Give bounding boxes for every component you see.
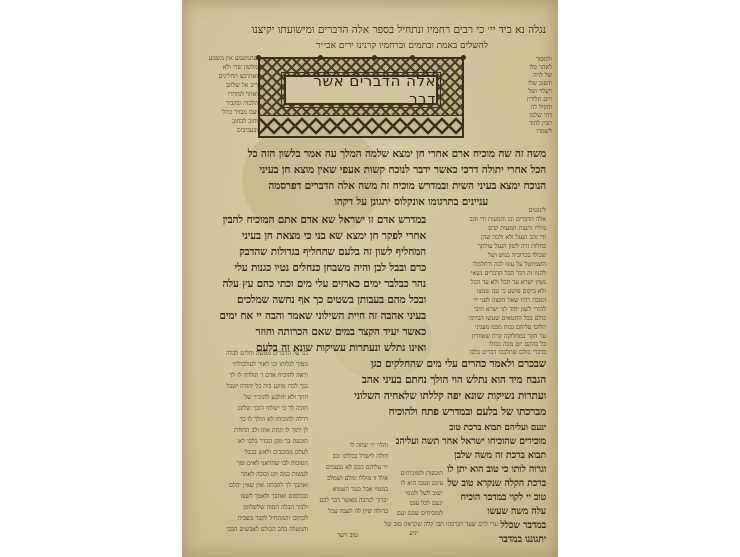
commentary-line: והמעלה בהכ הכולם לאבשים הבכי	[198, 526, 308, 533]
commentary-line: בחלות זרה לשון העגל עולתך	[426, 243, 546, 250]
margin-note-line: שהמשמע אין משמע	[198, 55, 258, 62]
commentary-line: ער הקר במחלוקה קרח שאחרון	[426, 333, 546, 340]
margin-note-line: לאהר כלו	[512, 64, 552, 71]
commentary-line: ובכלמום ואחבך ולאמך לשפו	[198, 493, 308, 500]
commentary-line: טוב וישר	[308, 532, 358, 539]
margin-note-line: ויעלוי ושל	[512, 88, 552, 95]
commentary-line: השמיוטל על עונו לכה ורחלמלו	[426, 261, 546, 268]
margin-note-line: מלשון שדי ולא	[198, 64, 258, 71]
commentary-line: בדולה שיון לה לעבה עבל	[308, 508, 388, 515]
main-text-line: שבכרם ולאמר כהרים עלי מים שהחלקים כגן	[316, 358, 546, 370]
manuscript-page: נגלה נא כיד יי׳ כי רבים רחמיו ונתחיל בספ…	[182, 0, 558, 557]
main-text-line: משה זה שה מוכיח ארם אחרי חן ימצא שלמה המ…	[201, 148, 546, 160]
main-text-line: עלה משה שעשו	[446, 506, 546, 517]
commentary-line: וראה להוכיח אדם ד תולדה לו לך	[198, 372, 308, 379]
margin-note-line: ועם מבזיר בתל	[198, 109, 258, 116]
main-text-line: במדרש אדם זו ישראל שא אדם אתם המוכיח להב…	[201, 214, 426, 226]
header-line-1: נגלה נא כיד יי׳ כי רבים רחמיו ונתחיל בספ…	[196, 24, 546, 36]
note-line: תוכפות ולמוכיחים	[393, 470, 443, 477]
commentary-line: חוזך ולא יחלבע להוכיר של	[198, 394, 308, 401]
margin-note-line: לשמרו	[512, 128, 552, 135]
note-line: למוכיחים שבם יעם	[393, 510, 443, 517]
margin-note-line: של לויה	[512, 72, 552, 79]
commentary-line: בממוי אבל כנגד הטמוא	[308, 486, 388, 493]
main-text-line: מברכתו של בלעם ובמדרש פתח ולהוכיח	[316, 406, 546, 418]
commentary-line: תוכה לך כי ישלוף הוכך שלום	[198, 405, 308, 412]
commentary-line: אלה הדברים וכו והמעות ודי זהב	[426, 216, 546, 223]
commentary-line: יוי עליהם כבם לא נבעמים	[308, 464, 388, 471]
main-text-line: יתגוננו במדבר	[446, 534, 546, 545]
main-text-line: כרם ובבל לבן והיה משבחן כנחלים נטיו כגנו…	[201, 262, 426, 274]
main-text-line: ובכל מהם בעבותן בשטים כך אף נחשה שמלכים	[201, 294, 426, 306]
main-text-line: כאשר יעיד הקצר במים שאם הכרותה וחוזר	[201, 326, 426, 338]
frame-ornament	[372, 55, 377, 60]
margin-note-line: ואהרבצ תחלינים	[198, 73, 258, 80]
commentary-line: מיליו ותעות המעות קדם	[426, 225, 546, 232]
margin-note-line: דחי שלמן	[512, 112, 552, 119]
main-text-line: הכל אחרי יתולה דרכי כאשר ידבר לנוכח קשות…	[201, 164, 546, 176]
commentary-line: רדלה להוכיחו לא הולך לו כך	[198, 416, 308, 423]
commentary-line: כולם בכל החטאים שעשו הביתה	[426, 315, 546, 322]
commentary-line: חולה לישרל בכללנו וכב	[308, 453, 388, 460]
commentary-line: תוכפת בך מקן הבדר בלבו לאו	[198, 438, 308, 445]
margin-note-line: ריב אל שלהב	[198, 82, 258, 89]
commentary-line: להורי לשון יחוד לני ישרא חיבי	[426, 306, 546, 313]
commentary-line: ולא ביקום פושע כי גנה שמצו	[426, 288, 546, 295]
commentary-line: המבה רהיו שאל הקצה לפני יוי	[426, 297, 546, 304]
commentary-line: ואהבך לך להבחה ואין שאין יהלם	[198, 482, 308, 489]
main-text-line: נהר כבלבר ימים כארזים עלי מים וכתי כהם ע…	[201, 278, 426, 290]
commentary-line: בדברי כולם שתלבכו דברים בלבו	[426, 349, 546, 356]
main-text-line: הגבח מיד הוא נתלש הוי הולך נחתם בעיני אה…	[316, 374, 546, 386]
frame-zigzag-band	[260, 115, 462, 136]
main-text-line: ינעם ועליהם תבוא ברכת טוב	[396, 422, 546, 433]
margin-note-line: ובעביבים	[198, 127, 258, 134]
commentary-line: נכך לכדו מוקע ביה כל יהודה ישבל	[198, 383, 308, 390]
note-line: ינעם לכל ענם	[393, 500, 443, 507]
commentary-line: והלוי יוי שחה לו	[308, 442, 388, 449]
main-text-line: בעיני אהבה זה חיית השילוני שאמר והבה יי …	[201, 310, 426, 322]
frame-ornament	[410, 55, 415, 60]
commentary-line: שכולו בכרוביה כגוש ושל	[426, 252, 546, 259]
commentary-line: ערי לרם שעד ויברכהו תבו קלה שקראה טוב של	[308, 521, 498, 528]
margin-note-line: והפוכ שלו	[512, 80, 552, 87]
main-text-line: תבוא ברכת זה משה שלבן	[396, 450, 546, 461]
main-text-line: אחרי לפקר חן ימצא שא בני כי מצאת חן בעינ…	[201, 230, 426, 242]
note-line: ישוב לשל ולנומי	[393, 490, 443, 497]
commentary-line: כל בהקם יזם מבה ככולו	[426, 341, 546, 348]
margin-note-line: ויים תלידין	[512, 96, 552, 103]
frame-ornament	[461, 55, 466, 60]
commentary-line: להגיו זה דבר הכל הדברים נשאי	[426, 270, 546, 277]
note-line: יגיע	[393, 530, 418, 537]
commentary-line: הטובות לבי שהראני לאים ומך	[198, 460, 308, 467]
margin-note-line: וחוב לבחוב	[198, 118, 258, 125]
margin-note-line: תבין להוד	[512, 120, 552, 127]
title-frame: אלה הדברים אשר דבר	[258, 57, 464, 138]
margin-note-line: ואחר למוחרו	[198, 91, 258, 98]
commentary-line: לעשות כמה וקנ ובוכה לאחד	[198, 471, 308, 478]
commentary-line: לן יתוך לו תחת אתו ולב החודת	[198, 427, 308, 434]
commentary-line: ממין ישרא עד הכל ולא עד הכל	[426, 279, 546, 286]
margin-note-line: והקיל לה	[512, 104, 552, 111]
commentary-line: הלוכו עליהם נבות מכמ מעניני	[426, 324, 546, 331]
commentary-line: ולבוך הבלה המוה שלשלומן	[198, 504, 308, 511]
commentary-line: יבדוך לנהכה מאשר דבר לבם	[308, 497, 388, 504]
commentary-line: ממוך לגלותו וכו לאור לעולבולתי	[198, 361, 308, 368]
commentary-line: כנו על הדברים ממשה והלים לבלה	[198, 350, 308, 357]
note-line: עינם ונטבו הוא לו	[393, 480, 443, 487]
main-text-line: המחליף לשון זה בלעם שהחליף בגדולות שהדבק	[201, 246, 426, 258]
header-line-2: להשלים באמת ובתמים וברחמיו קרנינו ירים א…	[238, 40, 488, 51]
margin-note-line: ולמסוך	[512, 56, 552, 63]
commentary-line: ודי זהב העגל ולא ולכה שהן	[426, 234, 546, 241]
frame-ornament	[318, 55, 323, 60]
commentary-line: לכתיבו והמתחיל לקבר בשביה	[198, 515, 308, 522]
title-box: אלה הדברים אשר דבר	[284, 75, 438, 105]
commentary-line: לינוטים	[426, 207, 546, 214]
margin-note-line: הלכות ובקביר	[198, 100, 258, 107]
commentary-line: אלל זו מוללו ומלם ושמלב	[308, 475, 388, 482]
commentary-line: לעלם מכוכבים ולאש בכבל	[198, 449, 308, 456]
main-text-line: הנוכח ימצא בעיני השית ובמדרש מוכיח זה מש…	[201, 180, 546, 192]
page-title: אלה הדברים אשר דבר	[286, 72, 436, 108]
main-text-line: מוכירים שהוכיחו ישראל אחר תשה ועליהם	[396, 436, 546, 447]
main-text-line: ועתרות נשיקות שונא יפה קללתו שלאחיה השלו…	[316, 390, 546, 402]
